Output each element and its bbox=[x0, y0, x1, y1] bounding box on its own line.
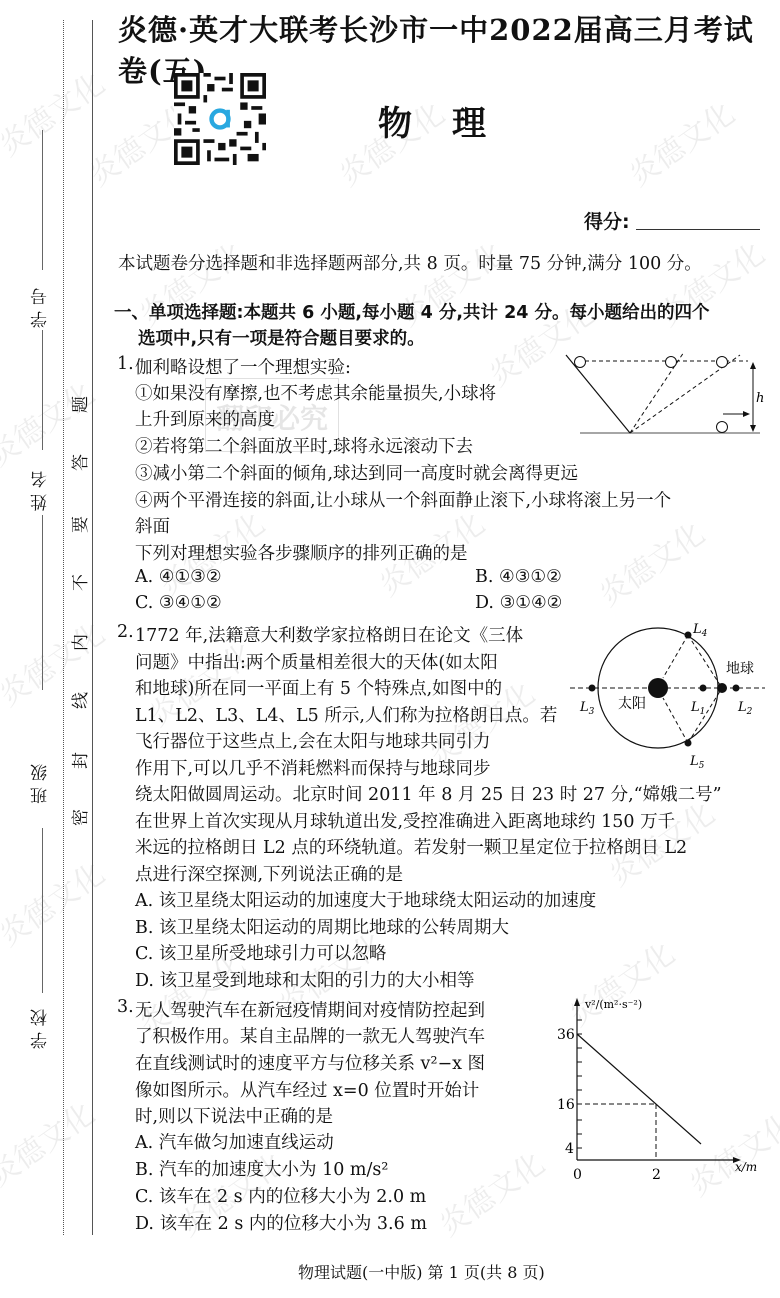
option-c[interactable]: C. ③④①② bbox=[135, 593, 222, 613]
earth-icon bbox=[717, 683, 727, 693]
question-number: 2. bbox=[117, 622, 134, 642]
x-tick: 2 bbox=[652, 1167, 661, 1183]
x-tick: 0 bbox=[573, 1167, 582, 1183]
section-heading-line: 一、单项选择题:本题共 6 小题,每小题 4 分,共计 24 分。每小题给出的四… bbox=[114, 300, 774, 326]
option-b[interactable]: B. 汽车的加速度大小为 10 m/s² bbox=[135, 1156, 388, 1181]
question-text: 米远的拉格朗日 L2 点的环绕轨道。若发射一颗卫星定位于拉格朗日 L2 bbox=[135, 834, 687, 859]
seal-char: 线 bbox=[66, 692, 91, 709]
question-text: 像如图所示。从汽车经过 x=0 位置时开始计 bbox=[135, 1077, 479, 1102]
sun-label: 太阳 bbox=[618, 695, 646, 712]
page-footer: 物理试题(一中版) 第 1 页(共 8 页) bbox=[298, 1260, 545, 1283]
earth-label: 地球 bbox=[726, 660, 754, 677]
l2-label: L2 bbox=[737, 700, 753, 717]
option-d[interactable]: D. 该卫星受到地球和太阳的引力的大小相等 bbox=[135, 967, 475, 992]
question-text: ①如果没有摩擦,也不考虑其余能量损失,小球将 bbox=[135, 380, 496, 405]
option-d[interactable]: D. 该车在 2 s 内的位移大小为 3.6 m bbox=[135, 1210, 427, 1235]
option-text: 该卫星所受地球引力可以忽略 bbox=[159, 944, 387, 964]
y-axis-label: v²/(m²·s⁻²) bbox=[584, 998, 642, 1011]
qr-code-icon[interactable] bbox=[174, 73, 266, 165]
question-text: 和地球)所在同一平面上有 5 个特殊点,如图中的 bbox=[135, 675, 502, 700]
option-a[interactable]: A. 该卫星绕太阳运动的加速度大于地球绕太阳运动的加速度 bbox=[135, 887, 596, 912]
question-text: 点进行深空探测,下列说法正确的是 bbox=[135, 861, 403, 886]
score-label: 得分: bbox=[584, 207, 630, 234]
seal-char: 不 bbox=[66, 574, 91, 591]
option-b[interactable]: B. 该卫星绕太阳运动的周期比地球的公转周期大 bbox=[135, 914, 509, 939]
school-label: 学校 bbox=[28, 1003, 53, 1049]
l1-label: L1 bbox=[690, 700, 705, 717]
seal-char: 要 bbox=[66, 516, 91, 533]
option-text: 该车在 2 s 内的位移大小为 2.0 m bbox=[159, 1187, 426, 1207]
name-label: 姓名 bbox=[28, 465, 53, 511]
question-text: ②若将第二个斜面放平时,球将永远滚动下去 bbox=[135, 433, 473, 458]
question-number: 3. bbox=[117, 997, 134, 1017]
lagrange-points-figure: 太阳 地球 L3 L1 L2 L4 L5 bbox=[560, 615, 775, 775]
seal-char: 封 bbox=[66, 752, 91, 769]
option-a[interactable]: A. 汽车做匀加速直线运动 bbox=[135, 1129, 334, 1154]
option-label: D. bbox=[135, 1214, 154, 1234]
option-text: 该卫星受到地球和太阳的引力的大小相等 bbox=[160, 971, 475, 991]
option-label: B. bbox=[135, 1160, 153, 1180]
question-text: 1772 年,法籍意大利数学家拉格朗日在论文《三体 bbox=[135, 622, 523, 647]
question-text: ③减小第二个斜面的倾角,球达到同一高度时就会离得更远 bbox=[135, 460, 578, 485]
question-text: 在直线测试时的速度平方与位移关系 v²−x 图 bbox=[135, 1050, 485, 1075]
option-label: C. bbox=[135, 944, 153, 964]
l5-label: L5 bbox=[689, 754, 705, 771]
option-c[interactable]: C. 该卫星所受地球引力可以忽略 bbox=[135, 940, 386, 965]
height-label: h bbox=[756, 391, 764, 406]
name-field[interactable] bbox=[42, 515, 43, 690]
option-a[interactable]: A. ④①③② bbox=[135, 567, 222, 587]
seal-char: 答 bbox=[66, 454, 91, 471]
question-number: 1. bbox=[117, 354, 134, 374]
option-b[interactable]: B. ④③①② bbox=[475, 567, 562, 587]
seal-char: 密 bbox=[66, 809, 91, 826]
question-text: 伽利略设想了一个理想实验: bbox=[135, 354, 351, 379]
question-text: 无人驾驶汽车在新冠疫情期间对疫情防控起到 bbox=[135, 997, 485, 1022]
y-tick: 16 bbox=[557, 1097, 575, 1113]
option-label: D. bbox=[475, 593, 494, 613]
option-label: A. bbox=[135, 567, 153, 587]
option-text: 汽车的加速度大小为 10 m/s² bbox=[159, 1160, 388, 1180]
question-text: 时,则以下说法中正确的是 bbox=[135, 1103, 333, 1128]
option-text: 该车在 2 s 内的位移大小为 3.6 m bbox=[160, 1214, 427, 1234]
option-text: 该卫星绕太阳运动的周期比地球的公转周期大 bbox=[159, 918, 509, 938]
question-text: 在世界上首次实现从月球轨道出发,受控准确进入距离地球约 150 万千 bbox=[135, 808, 675, 833]
option-label: C. bbox=[135, 1187, 153, 1207]
student-id-label: 学号 bbox=[28, 282, 53, 328]
question-text: 飞行器位于这些点上,会在太阳与地球共同引力 bbox=[135, 728, 491, 753]
question-text: 斜面 bbox=[135, 513, 170, 538]
option-label: A. bbox=[135, 1133, 153, 1153]
option-text: 该卫星绕太阳运动的加速度大于地球绕太阳运动的加速度 bbox=[159, 891, 597, 911]
option-c[interactable]: C. 该车在 2 s 内的位移大小为 2.0 m bbox=[135, 1183, 426, 1208]
x-axis-label: x/m bbox=[735, 1160, 757, 1174]
question-text: 绕太阳做圆周运动。北京时间 2011 年 8 月 25 日 23 时 27 分,… bbox=[135, 781, 722, 806]
option-label: D. bbox=[135, 971, 154, 991]
subject-title: 物理 bbox=[378, 96, 526, 145]
student-id-line bbox=[42, 130, 43, 270]
question-text: 上升到原来的高度 bbox=[135, 406, 275, 431]
option-text: 汽车做匀加速直线运动 bbox=[159, 1133, 334, 1153]
option-label: C. bbox=[135, 593, 153, 613]
question-text: 了积极作用。某自主品牌的一款无人驾驶汽车 bbox=[135, 1023, 485, 1048]
inclined-plane-figure: h bbox=[560, 345, 775, 445]
data-line bbox=[577, 1034, 701, 1144]
option-text: ④③①② bbox=[499, 567, 562, 587]
seal-char: 题 bbox=[66, 396, 91, 413]
question-text: 下列对理想实验各步骤顺序的排列正确的是 bbox=[135, 540, 468, 565]
y-tick: 4 bbox=[565, 1141, 574, 1157]
option-d[interactable]: D. ③①④② bbox=[475, 593, 562, 613]
l3-label: L3 bbox=[579, 700, 595, 717]
question-text: L1、L2、L3、L4、L5 所示,人们称为拉格朗日点。若 bbox=[135, 702, 557, 727]
score-field[interactable] bbox=[636, 229, 760, 230]
option-text: ③①④② bbox=[500, 593, 563, 613]
student-id-field[interactable] bbox=[42, 330, 43, 450]
y-tick: 36 bbox=[557, 1027, 575, 1043]
question-text: 问题》中指出:两个质量相差很大的天体(如太阳 bbox=[135, 649, 498, 674]
option-label: B. bbox=[135, 918, 153, 938]
dotted-cut-line bbox=[63, 20, 64, 1235]
option-label: B. bbox=[475, 567, 493, 587]
v2-x-chart: 36 16 4 0 2 v²/(m²·s⁻²) x/m bbox=[555, 990, 775, 1190]
class-field[interactable] bbox=[42, 828, 43, 993]
question-text: 作用下,可以几乎不消耗燃料而保持与地球同步 bbox=[135, 755, 491, 780]
option-text: ④①③② bbox=[159, 567, 222, 587]
question-text: ④两个平滑连接的斜面,让小球从一个斜面静止滚下,小球将滚上另一个 bbox=[135, 487, 671, 512]
exam-intro: 本试题卷分选择题和非选择题两部分,共 8 页。时量 75 分钟,满分 100 分… bbox=[118, 250, 702, 275]
option-label: A. bbox=[135, 891, 153, 911]
seal-line bbox=[92, 20, 93, 1235]
seal-char: 内 bbox=[66, 634, 91, 651]
sun-icon bbox=[648, 678, 668, 698]
option-text: ③④①② bbox=[159, 593, 222, 613]
l4-label: L4 bbox=[692, 622, 708, 639]
class-label: 班级 bbox=[28, 758, 53, 804]
